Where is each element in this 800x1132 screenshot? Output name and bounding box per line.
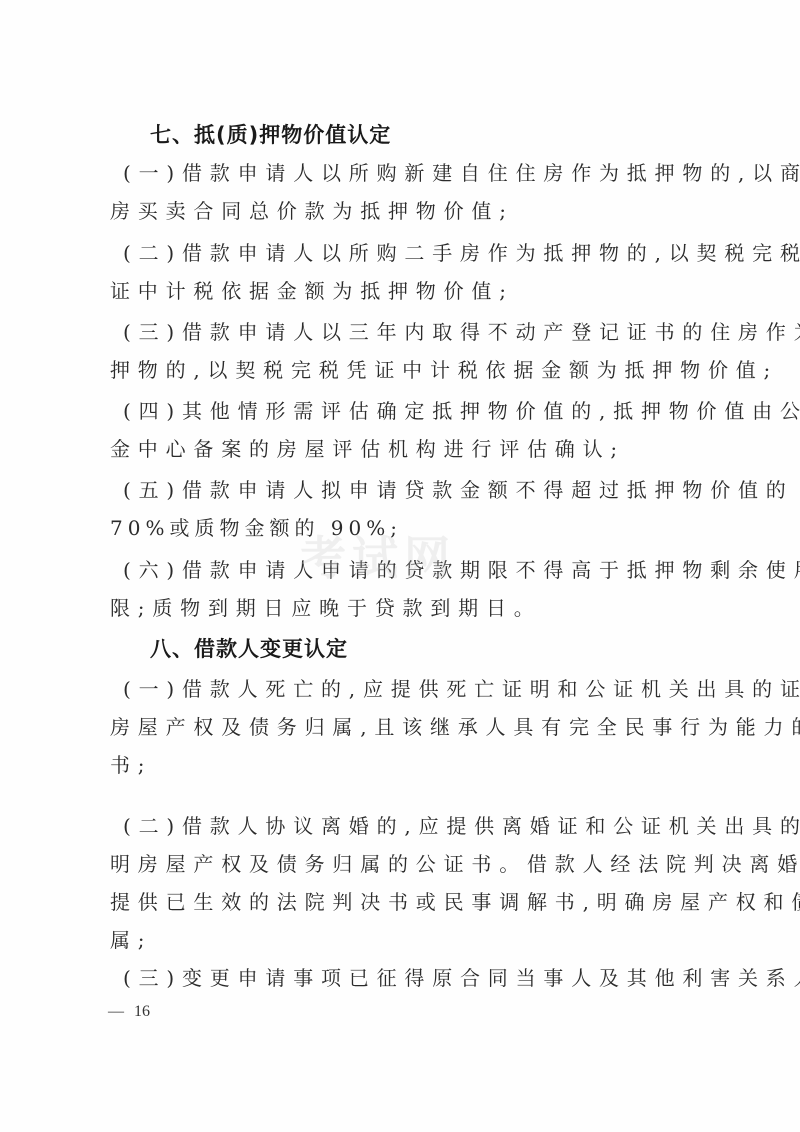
section-heading: 八、借款人变更认定 bbox=[150, 634, 750, 664]
paragraph-line: (二)借款申请人以所购二手房作为抵押物的,以契税完税凭 bbox=[123, 238, 723, 268]
document-page: 七、抵(质)押物价值认定 (一)借款申请人以所购新建自住住房作为抵押物的,以商品… bbox=[0, 0, 800, 1132]
page-number: 16 bbox=[134, 1003, 150, 1020]
paragraph-line: (三)借款申请人以三年内取得不动产登记证书的住房作为抵 bbox=[123, 317, 723, 347]
paragraph-line: 房屋产权及债务归属,且该继承人具有完全民事行为能力的公证 bbox=[110, 712, 710, 742]
paragraph-line: 提供已生效的法院判决书或民事调解书,明确房屋产权和债务归 bbox=[110, 887, 710, 917]
section-heading: 七、抵(质)押物价值认定 bbox=[150, 120, 750, 150]
footer-dash: — bbox=[108, 1003, 124, 1020]
paragraph-line: (六)借款申请人申请的贷款期限不得高于抵押物剩余使用年 bbox=[123, 555, 723, 585]
paragraph-line: (四)其他情形需评估确定抵押物价值的,抵押物价值由公积 bbox=[123, 396, 723, 426]
paragraph-line: 金中心备案的房屋评估机构进行评估确认; bbox=[110, 434, 710, 464]
paragraph-line: 明房屋产权及债务归属的公证书。借款人经法院判决离婚的,应 bbox=[110, 849, 710, 879]
paragraph-line: (一)借款人死亡的,应提供死亡证明和公证机关出具的证明 bbox=[123, 674, 723, 704]
page-footer: — 16 bbox=[108, 1002, 150, 1022]
paragraph-line: 押物的,以契税完税凭证中计税依据金额为抵押物价值; bbox=[110, 355, 710, 385]
paragraph-line: (五)借款申请人拟申请贷款金额不得超过抵押物价值的 bbox=[123, 475, 723, 505]
paragraph-line: (二)借款人协议离婚的,应提供离婚证和公证机关出具的证 bbox=[123, 811, 723, 841]
paragraph-line: (一)借款申请人以所购新建自住住房作为抵押物的,以商品 bbox=[123, 158, 723, 188]
paragraph-line: 属; bbox=[110, 925, 710, 955]
paragraph-line: 书; bbox=[110, 750, 710, 780]
paragraph-line: 证中计税依据金额为抵押物价值; bbox=[110, 276, 710, 306]
paragraph-line: 70%或质物金额的 90%; bbox=[110, 513, 710, 543]
paragraph-line: 限;质物到期日应晚于贷款到期日。 bbox=[110, 593, 710, 623]
paragraph-line: (三)变更申请事项已征得原合同当事人及其他利害关系人同 bbox=[123, 963, 723, 993]
paragraph-line: 房买卖合同总价款为抵押物价值; bbox=[110, 196, 710, 226]
